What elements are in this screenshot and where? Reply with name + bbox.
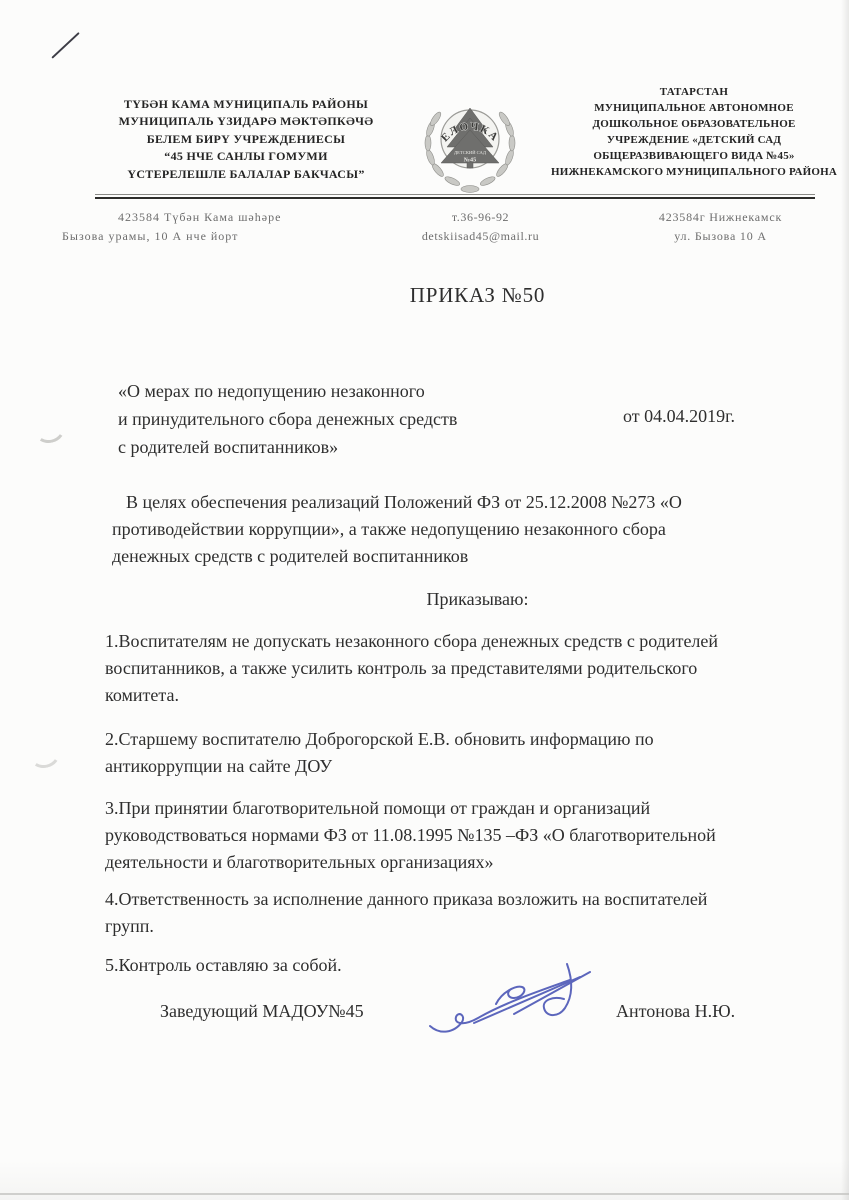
address-russian: 423584г Нижнекамск ул. Бызова 10 А [608,208,833,245]
address-tatar: 423584 Түбән Кама шәһәре Бызова урамы, 1… [62,208,322,245]
wreath-bottom-leaf [461,186,479,193]
order-item-1: 1.Воспитателям не допускать незаконного … [105,628,830,709]
order-item-4: 4.Ответственность за исполнение данного … [105,886,830,940]
pen-slash-mark [51,32,79,59]
scan-edge-right [841,0,849,1200]
order-preamble: В целях обеспечения реализаций Положений… [112,489,802,570]
address-tatar-line2: Бызова урамы, 10 А нче йорт [62,227,322,246]
signer-name: Антонова Н.Ю. [616,1001,735,1022]
header-separator-line [95,194,815,199]
scan-hole-shadow-1 [30,410,68,446]
order-item-3: 3.При принятии благотворительной помощи … [105,795,830,876]
emblem-subtitle: ДЕТСКИЙ САД [454,150,487,155]
scan-hole-shadow-2 [25,735,63,771]
email-address: detskiisad45@mail.ru [388,227,573,246]
scan-edge-bottom-line [0,1193,849,1195]
order-title: ПРИКАЗ №50 [105,283,849,308]
order-subject: «О мерах по недопущению незаконного и пр… [118,377,638,461]
org-name-tatar: ТҮБӘН КАМА МУНИЦИПАЛЬ РАЙОНЫ МУНИЦИПАЛЬ … [70,96,422,183]
scanned-order-document: ТҮБӘН КАМА МУНИЦИПАЛЬ РАЙОНЫ МУНИЦИПАЛЬ … [0,0,849,1200]
handwritten-signature [418,952,623,1044]
address-tatar-line1: 423584 Түбән Кама шәһәре [62,208,322,227]
phone-number: т.36-96-92 [388,208,573,227]
order-item-2: 2.Старшему воспитателю Доброгорской Е.В.… [105,726,830,780]
org-name-russian: ТАТАРСТАН МУНИЦИПАЛЬНОЕ АВТОНОМНОЕ ДОШКО… [546,85,842,181]
contact-phone-email: т.36-96-92 detskiisad45@mail.ru [388,208,573,245]
resolution-heading: Приказываю: [105,589,849,610]
signer-position: Заведующий МАДОУ№45 [160,1001,364,1022]
emblem-number: №45 [464,157,476,164]
order-date: от 04.04.2019г. [623,406,735,427]
kindergarten-emblem: ЕЛОЧКА ДЕТСКИЙ САД №45 [400,97,540,197]
